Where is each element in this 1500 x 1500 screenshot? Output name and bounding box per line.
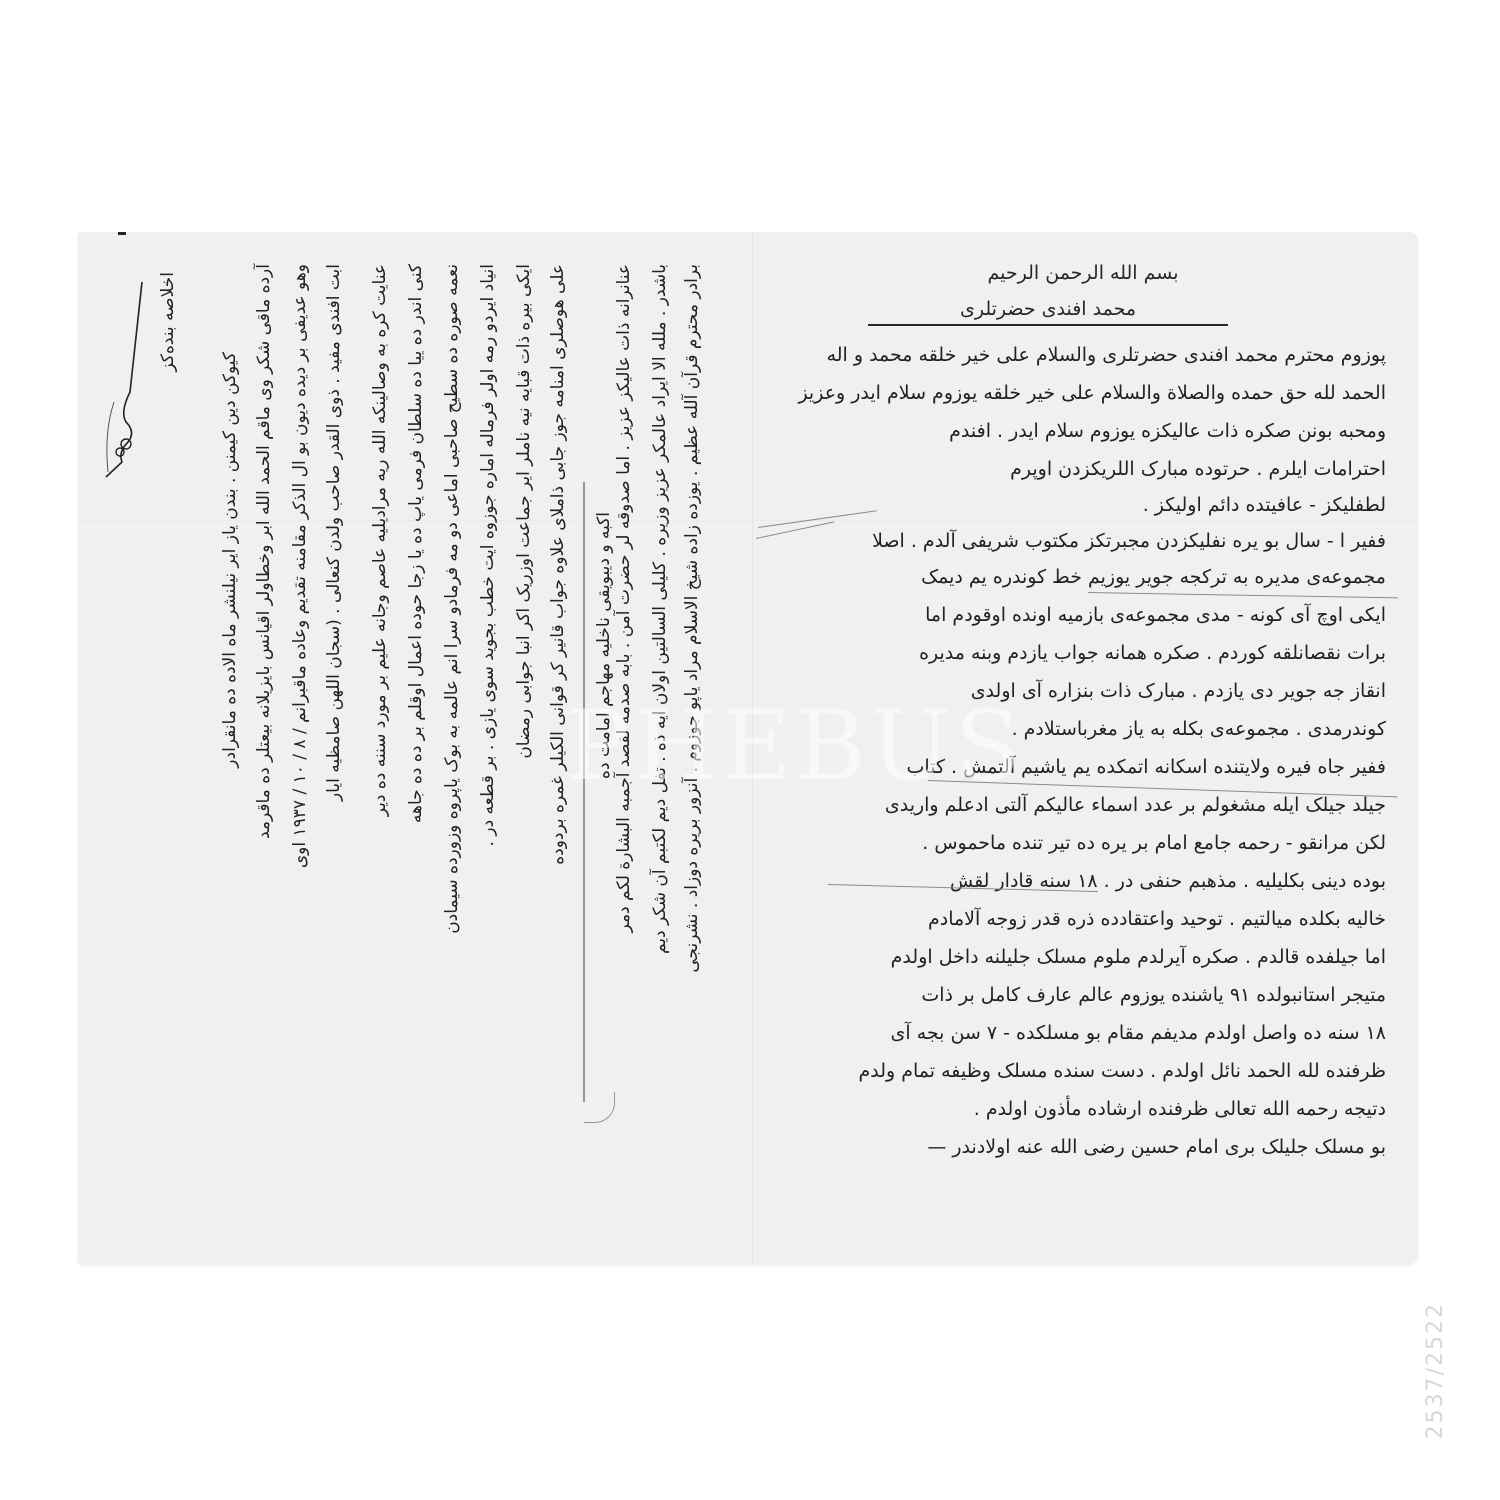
letter-line: ۱۸ سنه ده واصل اولدم مدیفم مقام بو مسلکد…	[891, 1022, 1387, 1044]
letter-line: ومحبه بونن صکره ذات عالیکزه یوزوم سلام ا…	[949, 420, 1386, 442]
text-column: ابت افندی مفید . ذوی القدر صاحب ولدن کنع…	[324, 264, 344, 801]
letter-line: ظرفنده لله الحمد نائل اولدم . دست سنده م…	[858, 1060, 1386, 1082]
letter-line: لطفلیکز - عافیتده دائم اولیکز .	[1143, 494, 1386, 516]
text-column: آرده ماقی شکر وی ماقم الحمد الله ابر وخط…	[254, 264, 274, 839]
letter-line: متیجر استانبولده ۹۱ یاشنده یوزوم عالم عا…	[921, 984, 1386, 1006]
text-column: انیاد ایردو رمه اولر فرماله اماره جوزوه …	[478, 264, 498, 846]
watermark: PHEBUS	[565, 690, 945, 802]
pencil-underline	[1088, 592, 1398, 598]
salutation-heading: محمد افندی حضرتلری	[868, 298, 1228, 326]
text-column: کنی اندر ده ییا ده سلطان فرمی یاپ ده یا …	[406, 264, 426, 823]
pencil-margin-hook	[584, 1092, 615, 1123]
closing-line: اخلاصه بنده‌کز	[158, 272, 178, 372]
text-column: عنانرانه ذات عالیکز عزیز . اما صدوقه لر …	[614, 264, 634, 932]
text-column: کیوکن دین کیمنن . بندن یاز ایر نیلنشر ما…	[220, 352, 240, 768]
letter-line: اما جیلفده قالدم . صکره آیرلدم ملوم مسلک…	[891, 946, 1386, 968]
letter-line: خالیه بکلده میالتیم . توحید واعتقادده ذر…	[928, 908, 1386, 930]
text-column: باشدر . ملله الا ایراد عالمکر عزیز وزیره…	[650, 264, 670, 954]
pencil-underline	[756, 521, 834, 539]
letter-line: دتیجه رحمه الله تعالی ظرفنده ارشاده مأذو…	[974, 1098, 1386, 1120]
letter-line: کوندرمدی . مجموعه‌ی بکله به یاز مغرباستل…	[1012, 718, 1386, 740]
letter-line: الحمد لله حق حمده والصلاة والسلام علی خی…	[798, 382, 1386, 404]
letter-line: بو مسلک جلیلک بری امام حسین رضی الله عنه…	[927, 1136, 1386, 1158]
text-column: برادر محترم قرآن آلله عظیم . یوزده زاده …	[682, 264, 702, 973]
letter-line: احترامات ایلرم . حرتوده مبارک اللریکزدن …	[1010, 458, 1386, 480]
letter-line: ففیر ا - سال بو یره نفلیکزدن مجبرتکز مکت…	[872, 530, 1386, 552]
archive-pencil-number: 2537/2522	[1423, 1302, 1448, 1439]
basmala-heading: بسم الله الرحمن الرحيم	[768, 262, 1398, 284]
letter-line: برات نقصانلقه کوردم . صکره همانه جواب یا…	[919, 642, 1386, 664]
letter-line: لکن مرانقو - رحمه جامع امام بر یره ده تی…	[922, 832, 1386, 854]
letter-line: انقاز جه جویر دی یازدم . مبارک ذات بنزار…	[971, 680, 1386, 702]
text-column: عنایت کره به وصالینکه الله ریه مرادیلیه …	[370, 264, 390, 816]
text-column: ایکی بیره ذات قبایه نیه ناملر ایر جماعت …	[514, 264, 534, 759]
signature-icon	[100, 272, 146, 482]
letter-line: ایکی اوچ آی کونه - مدی مجموعه‌ی بازمیه ا…	[925, 604, 1386, 626]
letter-line: مجموعه‌ی مدیره به ترکجه جویر یوزیم خط کو…	[921, 566, 1386, 588]
text-column: نعمه صوره ده سطیح صاحبی اماعی دو مه فرما…	[442, 264, 462, 934]
text-column: وهو عدیفی بر دیده دیون بو ال الذکر مقامن…	[290, 264, 310, 868]
letter-line: پوزوم محترم محمد افندی حضرتلری والسلام ع…	[827, 344, 1386, 366]
